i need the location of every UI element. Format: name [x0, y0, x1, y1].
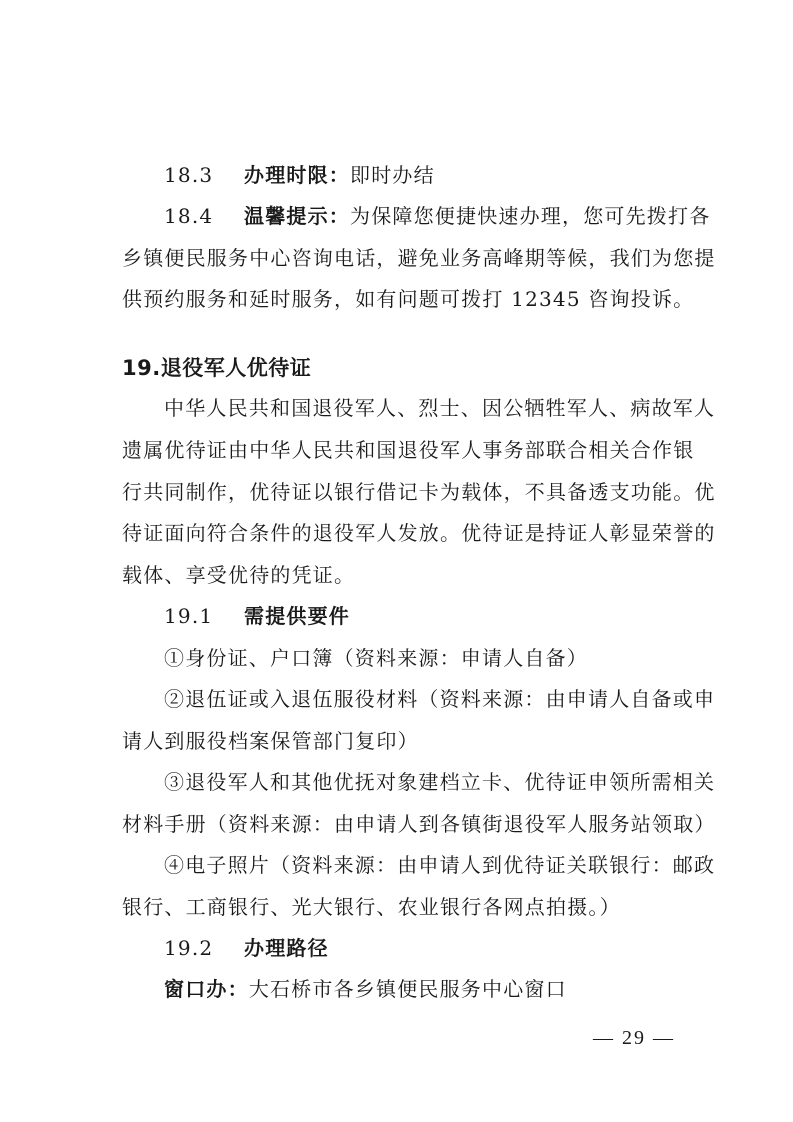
section-18-3: 18.3办理时限：即时办结 — [164, 163, 674, 187]
section-19-1: 19.1需提供要件 — [164, 604, 674, 628]
intro-line: 遗属优待证由中华人民共和国退役军人事务部联合相关合作银 — [122, 438, 674, 462]
paragraph-text: 为保障您便捷快速办理，您可先拨打各 — [350, 204, 710, 228]
section-19-title: 19.退役军人优待证 — [122, 356, 674, 380]
section-number: 19.2 — [164, 936, 244, 960]
requirement-item-3-cont: 材料手册（资料来源：由申请人到各镇街退役军人服务站领取） — [122, 812, 674, 836]
section-number: 19.1 — [164, 604, 244, 628]
requirement-item-2-cont: 请人到服役档案保管部门复印） — [122, 729, 674, 753]
section-label: 温馨提示： — [244, 204, 350, 228]
section-label: 办理路径 — [244, 936, 329, 960]
requirement-item-1: ①身份证、户口簿（资料来源：申请人自备） — [164, 646, 674, 670]
paragraph-line: 供预约服务和延时服务，如有问题可拨打 12345 咨询投诉。 — [122, 287, 674, 311]
section-label: 办理时限： — [244, 163, 350, 187]
window-service: 窗口办：大石桥市各乡镇便民服务中心窗口 — [164, 977, 674, 1001]
intro-line: 载体、享受优待的凭证。 — [122, 563, 674, 587]
section-18-4: 18.4温馨提示：为保障您便捷快速办理，您可先拨打各 — [164, 204, 674, 228]
paragraph-line: 乡镇便民服务中心咨询电话，避免业务高峰期等候，我们为您提 — [122, 246, 674, 270]
intro-line: 行共同制作，优待证以银行借记卡为载体，不具备透支功能。优 — [122, 480, 674, 504]
intro-line: 待证面向符合条件的退役军人发放。优待证是持证人彰显荣誉的 — [122, 521, 674, 545]
section-label: 需提供要件 — [244, 604, 350, 628]
section-19-2: 19.2办理路径 — [164, 936, 674, 960]
requirement-item-4: ④电子照片（资料来源：由申请人到优待证关联银行：邮政 — [164, 853, 674, 877]
section-number: 18.4 — [164, 204, 244, 228]
requirement-item-2: ②退伍证或入退伍服役材料（资料来源：由申请人自备或申 — [164, 687, 674, 711]
window-value: 大石桥市各乡镇便民服务中心窗口 — [249, 977, 567, 1001]
window-label: 窗口办： — [164, 977, 249, 1001]
requirement-item-3: ③退役军人和其他优抚对象建档立卡、优待证申领所需相关 — [164, 770, 674, 794]
requirement-item-4-cont: 银行、工商银行、光大银行、农业银行各网点拍摄。） — [122, 895, 674, 919]
section-value: 即时办结 — [350, 163, 435, 187]
intro-line: 中华人民共和国退役军人、烈士、因公牺牲军人、病故军人 — [164, 396, 674, 420]
page-number: — 29 — — [593, 1027, 675, 1050]
section-number: 18.3 — [164, 163, 244, 187]
